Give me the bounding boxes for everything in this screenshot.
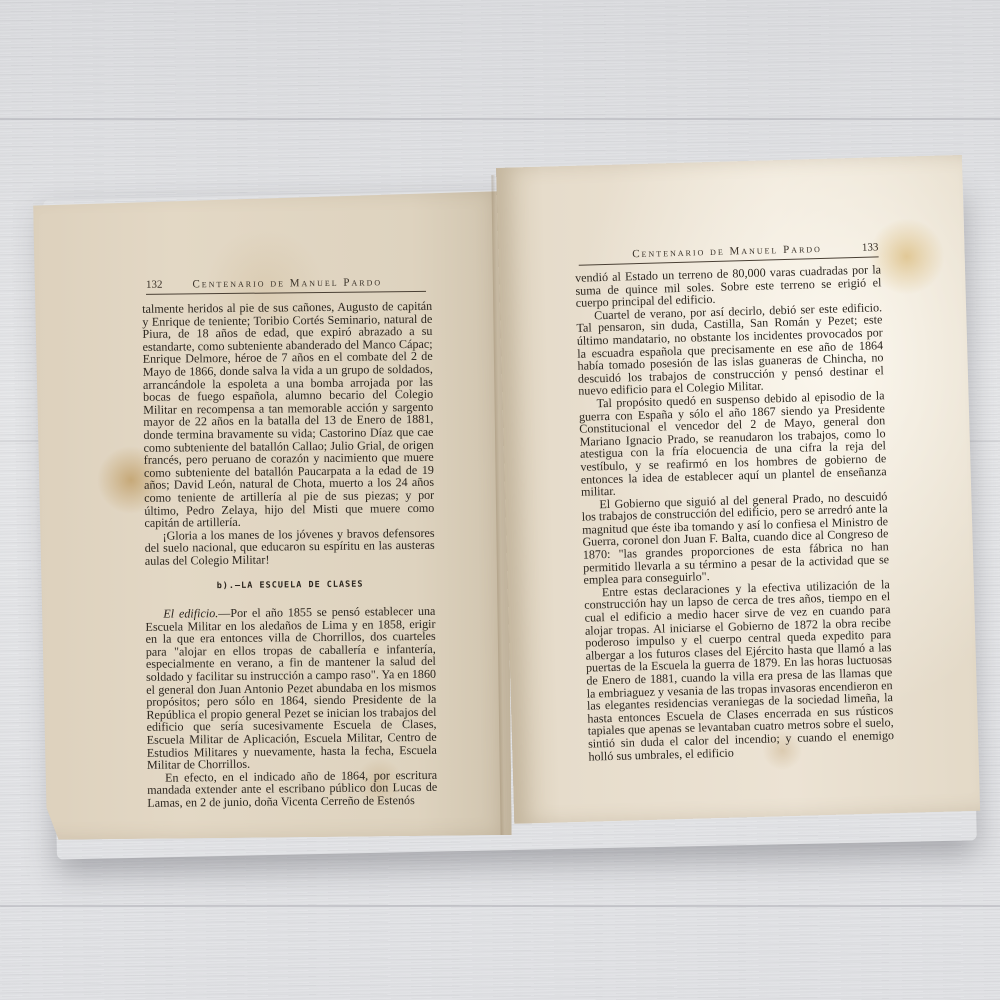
- paragraph: ¡Gloria a los manes de los jóvenes y bra…: [144, 527, 434, 568]
- paragraph: talmente heridos al pie de sus cañones, …: [142, 300, 434, 530]
- paragraph: El Gobierno que siguió al del general Pr…: [581, 490, 889, 587]
- right-running-title: Centenario de Manuel Pardo: [632, 243, 822, 260]
- paragraph: Entre estas declaraciones y la efectiva …: [584, 578, 895, 763]
- wood-grain-line: [0, 118, 1000, 120]
- paragraph: Tal propósito quedó en suspenso debido a…: [578, 389, 887, 498]
- right-page-number: 133: [862, 241, 879, 253]
- left-page-body: talmente heridos al pie de sus cañones, …: [142, 300, 437, 810]
- paragraph: El edificio.—Por el año 1855 se pensó es…: [145, 605, 437, 772]
- left-running-head: 132 Centenario de Manuel Pardo: [146, 276, 426, 295]
- wood-grain-line: [0, 905, 1000, 907]
- left-page-number: 132: [146, 279, 163, 291]
- paragraph-text: —Por el año 1855 se pensó establecer una…: [145, 604, 436, 772]
- right-page-body: vendió al Estado un terreno de 80,000 va…: [575, 263, 895, 763]
- section-heading: b).—LA ESCUELA DE CLASES: [145, 578, 435, 594]
- left-running-title: Centenario de Manuel Pardo: [192, 276, 382, 290]
- paragraph: En efecto, en el indicado año de 1864, p…: [147, 769, 437, 810]
- right-running-head: Centenario de Manuel Pardo 133: [578, 241, 878, 265]
- right-page: Centenario de Manuel Pardo 133 vendió al…: [496, 155, 980, 824]
- paragraph: Cuartel de verano, por así decirlo, debi…: [576, 301, 884, 398]
- left-page: 132 Centenario de Manuel Pardo talmente …: [33, 191, 512, 840]
